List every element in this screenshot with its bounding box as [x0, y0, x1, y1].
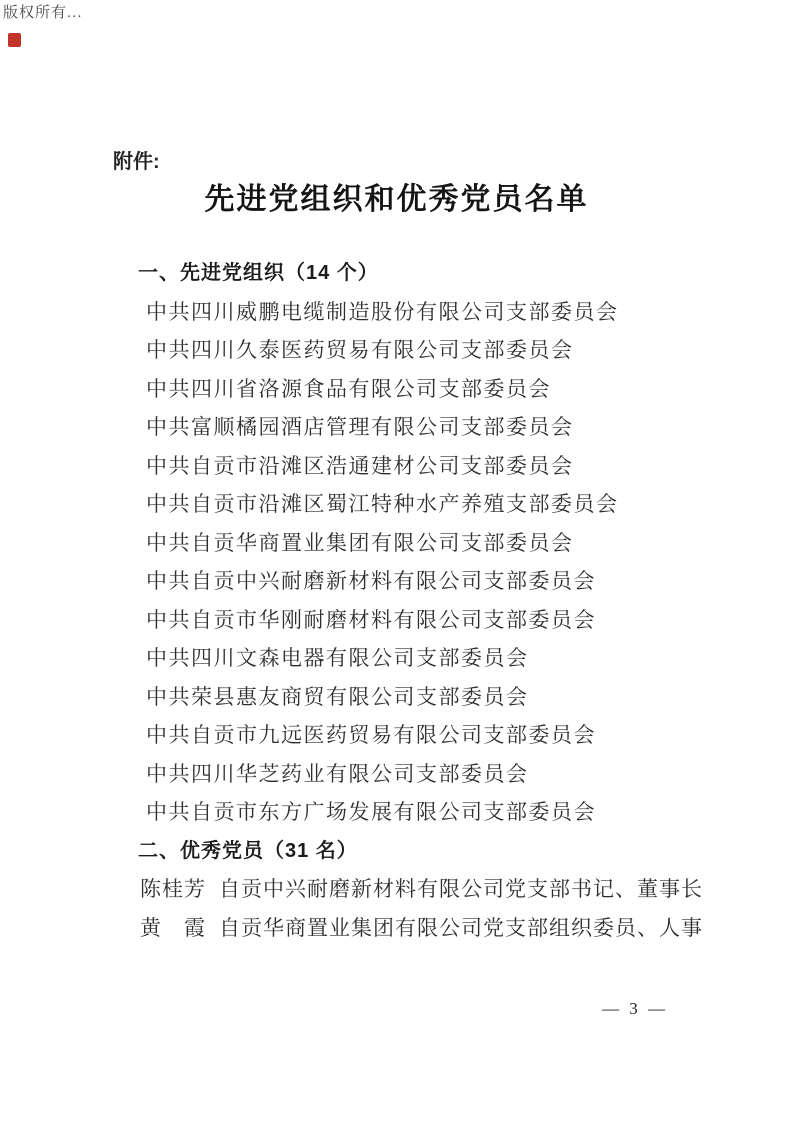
org-list-item: 中共四川华芝药业有限公司支部委员会	[0, 755, 793, 794]
org-list-item: 中共四川文森电器有限公司支部委员会	[0, 639, 793, 678]
page-title: 先进党组织和优秀党员名单	[0, 174, 793, 218]
org-list-item: 中共荣县惠友商贸有限公司支部委员会	[0, 678, 793, 717]
red-stamp-icon	[8, 33, 21, 47]
member-role: 自贡中兴耐磨新材料有限公司党支部书记、董事长	[219, 877, 703, 901]
attachment-label: 附件:	[113, 145, 160, 174]
org-list-item: 中共自贡市华刚耐磨材料有限公司支部委员会	[0, 601, 793, 640]
org-list-item: 中共自贡市九远医药贸易有限公司支部委员会	[0, 716, 793, 755]
org-list-item: 中共自贡市东方广场发展有限公司支部委员会	[0, 793, 793, 832]
member-row: 黄 霞自贡华商置业集团有限公司党支部组织委员、人事	[0, 909, 793, 948]
org-list-item: 中共四川久泰医药贸易有限公司支部委员会	[0, 331, 793, 370]
member-name: 黄 霞	[140, 916, 206, 940]
org-list-item: 中共自贡中兴耐磨新材料有限公司支部委员会	[0, 562, 793, 601]
section-2-heading: 二、优秀党员（31 名）	[0, 832, 793, 871]
document-body: 一、先进党组织（14 个） 中共四川威鹏电缆制造股份有限公司支部委员会 中共四川…	[0, 254, 793, 947]
page-number: — 3 —	[602, 999, 668, 1019]
document-page: 版权所有... 附件: 先进党组织和优秀党员名单 一、先进党组织（14 个） 中…	[0, 0, 793, 1122]
copyright-watermark: 版权所有...	[3, 1, 83, 22]
org-list-item: 中共四川省洛源食品有限公司支部委员会	[0, 370, 793, 409]
org-list-item: 中共富顺橘园酒店管理有限公司支部委员会	[0, 408, 793, 447]
member-name: 陈桂芳	[140, 877, 206, 901]
org-list-item: 中共自贡华商置业集团有限公司支部委员会	[0, 524, 793, 563]
org-list-item: 中共自贡市沿滩区蜀江特种水产养殖支部委员会	[0, 485, 793, 524]
org-list-item: 中共自贡市沿滩区浩通建材公司支部委员会	[0, 447, 793, 486]
section-1-heading: 一、先进党组织（14 个）	[0, 254, 793, 293]
member-role: 自贡华商置业集团有限公司党支部组织委员、人事	[219, 916, 703, 940]
org-list-item: 中共四川威鹏电缆制造股份有限公司支部委员会	[0, 293, 793, 332]
member-row: 陈桂芳自贡中兴耐磨新材料有限公司党支部书记、董事长	[0, 870, 793, 909]
